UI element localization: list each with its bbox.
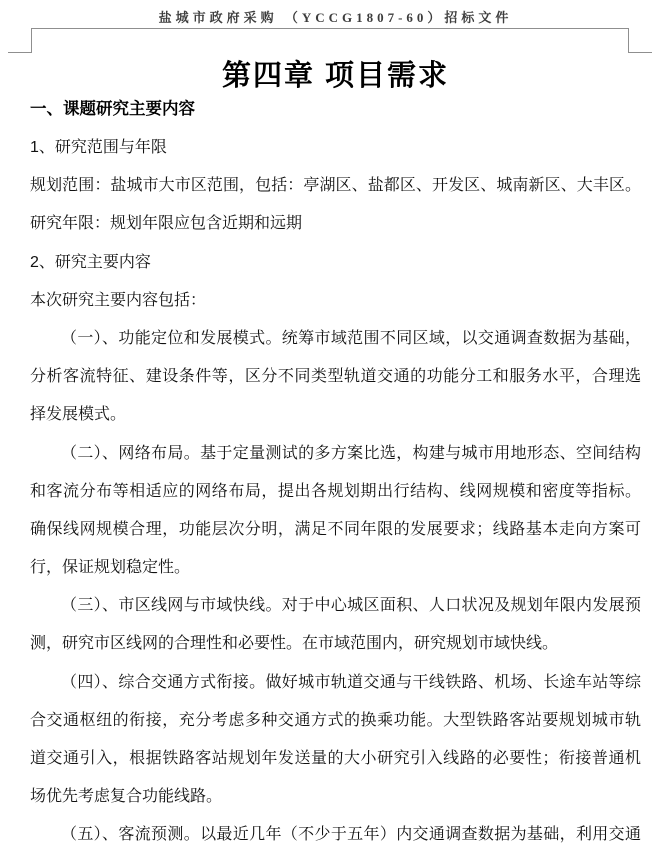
body-line: 1、研究范围与年限 <box>30 129 641 167</box>
body-line: 道交通引入，根据铁路客站规划年发送量的大小研究引入线路的必要性；衔接普通机 <box>30 740 641 778</box>
body-line: 和客流分布等相适应的网络布局，提出各规划期出行结构、线网规模和密度等指标。 <box>30 473 641 511</box>
body-line: 2、研究主要内容 <box>30 244 641 282</box>
body-line: （三）、市区线网与市域快线。对于中心城区面积、人口状况及规划年限内发展预 <box>30 587 641 625</box>
header-rule-corner-left-vertical <box>31 28 32 52</box>
body-line: 行，保证规划稳定性。 <box>30 549 641 587</box>
header-rule-corner-right-vertical <box>628 28 629 52</box>
body-line: 择发展模式。 <box>30 396 641 434</box>
document-page: 盐城市政府采购 （YCCG1807-60）招标文件 第四章 项目需求 一、课题研… <box>0 0 671 854</box>
body-line: 场优先考虑复合功能线路。 <box>30 778 641 816</box>
body-line: 本次研究主要内容包括： <box>30 282 641 320</box>
body-text-block: 1、研究范围与年限 规划范围：盐城市大市区范围，包括：亭湖区、盐都区、开发区、城… <box>30 129 641 854</box>
body-line: 合交通枢纽的衔接，充分考虑多种交通方式的换乘功能。大型铁路客站要规划城市轨 <box>30 702 641 740</box>
body-line: 分析客流特征、建设条件等，区分不同类型轨道交通的功能分工和服务水平，合理选 <box>30 358 641 396</box>
body-line: （一）、功能定位和发展模式。统筹市域范围不同区域，以交通调查数据为基础， <box>30 320 641 358</box>
body-line: （二）、网络布局。基于定量测试的多方案比选，构建与城市用地形态、空间结构 <box>30 435 641 473</box>
chapter-title: 第四章 项目需求 <box>0 53 671 94</box>
header-rule <box>31 28 628 29</box>
body-line: 研究年限：规划年限应包含近期和远期 <box>30 205 641 243</box>
body-line: （四）、综合交通方式衔接。做好城市轨道交通与干线铁路、机场、长途车站等综 <box>30 664 641 702</box>
section-heading: 一、课题研究主要内容 <box>30 95 195 119</box>
body-line: （五）、客流预测。以最近几年（不少于五年）内交通调查数据为基础，利用交通 <box>30 816 641 854</box>
running-header: 盐城市政府采购 （YCCG1807-60）招标文件 <box>0 7 671 26</box>
body-line: 确保线网规模合理，功能层次分明，满足不同年限的发展要求；线路基本走向方案可 <box>30 511 641 549</box>
body-line: 测，研究市区线网的合理性和必要性。在市域范围内，研究规划市域快线。 <box>30 625 641 663</box>
body-line: 规划范围：盐城市大市区范围，包括：亭湖区、盐都区、开发区、城南新区、大丰区。 <box>30 167 641 205</box>
